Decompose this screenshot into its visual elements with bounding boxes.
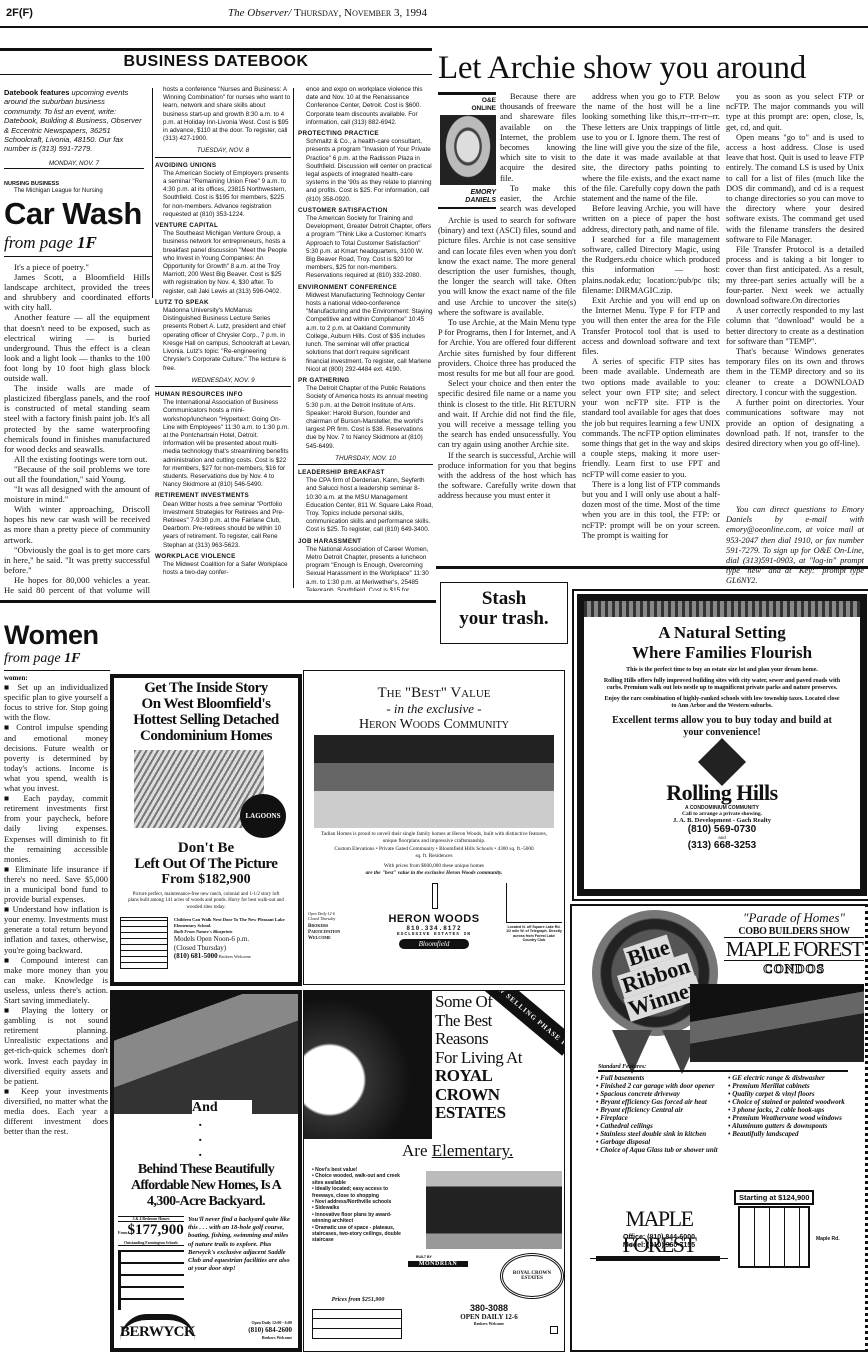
event-heading: HUMAN RESOURCES INFO [155,391,291,399]
day-heading: TUESDAY, NOV. 8 [155,147,291,157]
archie-column-3: you as soon as you select FTP or ncFTP. … [726,92,864,502]
maple-forest-logo: MAPLE FOREST [590,1206,728,1259]
archie-intro: Because there are thousands of freeware … [500,92,576,215]
home-photo-collage [114,994,298,1114]
datebook-rule [0,74,432,75]
event-text: Schmaltz & Co., a health-care consultant… [298,138,433,204]
site-plan-map [120,917,168,969]
features-list-right: • GE electric range & dishwasher• Premiu… [728,1074,866,1138]
feature-item: • Premium Merillat cabinets [728,1082,866,1090]
location-map [312,1309,402,1339]
feature-item: • Finished 2 car garage with door opener [596,1082,724,1090]
paragraph: Archie is used to search for software (b… [438,216,576,318]
bullet-item: ■ Understand how inflation is your enemy… [4,905,108,955]
event-heading: VENTURE CAPITAL [155,222,291,230]
women-article-body: women: ■ Set up an individualized specif… [4,673,108,1363]
bullet-item: ■ Each payday, commit retirement investm… [4,794,108,865]
feature-item: • Beautifully landscaped [728,1130,866,1138]
datebook-title: BUSINESS DATEBOOK [0,53,432,71]
berwyck-logo: BERWYCK [120,1314,195,1341]
feature-item: • Choice of Aqua Glass tub or shower uni… [596,1146,724,1154]
event-heading: JOB HARASSMENT [298,538,433,546]
event-text: ence and expo on workplace violence this… [298,86,433,127]
area-map [118,1250,184,1310]
event-heading: WORKPLACE VIOLENCE [155,553,291,561]
bullet-item: ■ Eliminate life insurance if there's no… [4,865,108,905]
bullet-item: ■ Compound interest can make more money … [4,956,108,1006]
feature-item: • Innovative floor plans by award-winnin… [312,1212,404,1225]
equal-housing-icon [550,1326,558,1334]
event-heading: LUTZ TO SPEAK [155,299,291,307]
feature-item: • Full basements [596,1074,724,1082]
phone-number: (313) 668-3253 [602,840,842,851]
paragraph: File Transfer Protocol is a detailed pro… [726,245,864,306]
feature-item: • Choice of stained or painted woodwork [728,1098,866,1106]
bullet-item: ■ Keep your investments diversified, no … [4,1087,108,1137]
event-heading: CUSTOMER SATISFACTION [298,207,433,215]
feature-item: • Cathedral ceilings [596,1122,724,1130]
paragraph: you as soon as you select FTP or ncFTP. … [726,92,864,133]
event-text: The International Association of Busines… [155,399,291,489]
author-byline: EMORY DANIELS [438,189,496,209]
event-heading: AVOIDING UNIONS [155,162,291,170]
paragraph: "It was all designed with the amount of … [4,484,150,504]
ad-heron-woods: The "Best" Value - in the exclusive - He… [303,670,565,985]
paragraph: With winter approaching, Driscoll hopes … [4,504,150,544]
ad-rule [596,1256,720,1261]
women-jump-line: from page 1F [4,651,110,671]
paragraph: He hopes for 80,000 vehicles a year. He … [4,575,150,595]
phone-number: (810) 569-0730 [602,824,842,835]
location-map [738,1206,810,1268]
event-heading: PROTECTING PRACTICE [298,130,433,138]
paragraph: A series of specific FTP sites has been … [582,357,720,479]
heron-logo-icon [432,883,438,909]
bullet-item: ■ Set up an individualized specific plan… [4,683,108,723]
paragraph: There is a long list of FTP commands but… [582,480,720,541]
floral-ornament [304,671,564,685]
price: From $182,900 [114,872,298,888]
builder-logo: MONDRIAN [408,1261,468,1267]
column-tagline: You can direct questions to Emory Daniel… [726,505,864,587]
column-logo-bar [438,92,496,95]
paragraph: Open means "go to" and is used to access… [726,133,864,245]
paragraph: A further point on directories. Your com… [726,398,864,449]
feature-item: • Garbage disposal [596,1138,724,1146]
house-photo [314,735,554,828]
event-text: The American Society of Employers presen… [155,170,291,219]
column-divider [152,88,153,298]
event-text: The Southeast Michigan Venture Group, a … [155,230,291,296]
paragraph: If the search is successful, Archie will… [438,451,576,502]
ad-royal-crown-estates: NOW SELLING PHASE I Some Of The Best Rea… [303,990,565,1352]
event-text: Midwest Manufacturing Technology Center … [298,292,433,374]
ad-rolling-hills: A Natural Setting Where Families Flouris… [577,594,867,896]
house-photo [426,1171,562,1249]
event-text: The CPA firm of Derderian, Kann, Seyfert… [298,477,433,534]
price: Starting at $124,900 [734,1190,814,1205]
feature-item: • Quality carpet & vinyl floors [728,1090,866,1098]
feature-item: • Spacious concrete driveway [596,1090,724,1098]
condo-photo [690,984,864,1062]
feature-item: • Aluminum gutters & downspouts [728,1122,866,1130]
event-text: Madonna University's McManus Distinguish… [155,307,291,373]
event-text: The American Society for Training and De… [298,215,433,281]
carwash-article-body: It's a piece of poetry."James Scott, a B… [4,262,150,595]
paper-name: The Observer/ [228,7,291,19]
datebook-kicker: NURSING BUSINESS [4,181,144,187]
archie-column-1: Archie is used to search for software (b… [438,216,576,591]
paragraph: The inside walls are made of plasticized… [4,383,150,454]
event-text: The National Association of Career Women… [298,546,433,591]
ad-lagoons: Get The Inside Story On West Bloomfield'… [110,674,302,986]
archie-bottom-rule [436,566,868,569]
paragraph: All the existing footings were torn out. [4,454,150,464]
datebook-kicker-sub: The Michigan League for Nursing [4,188,144,194]
event-text: The Detroit Chapter of the Public Relati… [298,385,433,451]
paragraph: Exit Archie and you will end up on the I… [582,296,720,357]
royal-crown-seal: ROYAL CROWN ESTATES [500,1253,564,1299]
rolling-hills-logo-icon [698,737,746,785]
feature-item: • Fireplace [596,1114,724,1122]
feature-item: • Choice wooded, walk-out and creek site… [312,1173,404,1186]
price: Prices from $251,900 [312,1297,404,1303]
event-heading: LEADERSHIP BREAKFAST [298,469,433,477]
paragraph: To use Archie, at the Main Menu type P f… [438,318,576,379]
feature-item: • Stainless steel double sink in kitchen [596,1130,724,1138]
child-photo [304,991,432,1139]
paragraph: I searched for a file management softwar… [582,235,720,296]
datebook-column-2: hosts a conference "Nurses and Business:… [155,86,291,591]
event-heading: PR GATHERING [298,377,433,385]
issue-date: Thursday, November 3, 1994 [294,7,427,19]
bullet-item: ■ Control impulse spending and emotional… [4,723,108,794]
carwash-jump-line: from page 1F [4,233,152,257]
feature-item: • Dramatic use of space - plateaus, stai… [312,1225,404,1244]
phone-number: 810.334.8172 [364,925,504,932]
ad-texture [584,601,860,617]
feature-item: • Ideally located; easy access to freewa… [312,1186,404,1199]
datebook-column-3: ence and expo on workplace violence this… [298,86,433,591]
carwash-headline: Car Wash [4,198,154,230]
women-headline: Women [4,619,114,651]
paragraph: That's because Windows generates tempora… [726,347,864,398]
paragraph: "Because of the soil problems we tore ou… [4,464,150,484]
paragraph: A user correctly responded to my last co… [726,306,864,347]
datebook-day-monday: MONDAY, NOV. 7 [4,160,144,169]
feature-list: • Novi's best value!• Choice wooded, wal… [312,1167,404,1244]
event-text: hosts a conference "Nurses and Business:… [155,86,291,143]
feature-item: • Bryant efficiency Central air [596,1106,724,1114]
feature-item: • Premium Weathervane wood windows [728,1114,866,1122]
phone-number: Model: (810) 960-7155 [590,1242,728,1250]
page-folio: 2F(F) [6,7,33,19]
datebook-top-bar [0,48,432,51]
archie-headline: Let Archie show you around [438,50,868,87]
column-logo: O&E ONLINE [438,97,496,113]
author-photo [440,115,496,185]
datebook-bottom-rule [0,600,436,603]
paragraph: Before leaving Archie, you will have wri… [582,204,720,235]
paragraph: James Scott, a Bloomfield Hills landscap… [4,272,150,312]
paragraph: "Obviously the goal is to get more cars … [4,545,150,575]
event-text: Dean Witter hosts a free seminar "Portfo… [155,501,291,550]
ad-berwyck: And . . . Behind These Beautifully Affor… [110,990,302,1352]
feature-item: • GE electric range & dishwasher [728,1074,866,1082]
event-heading: RETIREMENT INVESTMENTS [155,492,291,500]
datebook-intro: Datebook features upcoming events around… [4,88,144,154]
paragraph: Select your choice and then enter the sp… [438,379,576,450]
feature-item: • Bryant efficiency Gas forced air heat [596,1098,724,1106]
column-divider [293,88,294,588]
paragraph: address when you go to FTP. Below the na… [582,92,720,204]
features-list-left: • Full basements• Finished 2 car garage … [596,1074,724,1154]
phone-number: Office: (810) 844-6000 [590,1234,728,1242]
price: $177,900 [127,1222,183,1238]
paragraph: It's a piece of poetry." [4,262,150,272]
location-map [506,883,562,923]
phone-number: (810) 684-2600 [248,1326,292,1335]
header-rule [0,26,868,28]
event-heading: ENVIRONMENT CONFERENCE [298,284,433,292]
phone-number: (810) 681-5000 [174,952,218,960]
ad-maple-forest: Blue Ribbon Winner "Parade of Homes" COB… [570,904,868,1352]
paragraph: Another feature — all the equipment that… [4,312,150,383]
day-heading: WEDNESDAY, NOV. 9 [155,377,291,387]
lagoons-logo: LAGOONS [240,794,286,838]
feature-item: • 3 phone jacks, 2 cable hook-ups [728,1106,866,1114]
stash-trash-psa: Stash your trash. [440,582,568,644]
dateline: The Observer/ Thursday, November 3, 1994 [228,7,427,19]
archie-column-2: address when you go to FTP. Below the na… [582,92,720,591]
bullet-item: ■ Playing the lottery or gambling is not… [4,1006,108,1087]
phone-number: 380-3088 [434,1303,544,1313]
day-heading: THURSDAY, NOV. 10 [298,455,433,465]
event-text: The Midwest Coalition for a Safer Workpl… [155,561,291,577]
